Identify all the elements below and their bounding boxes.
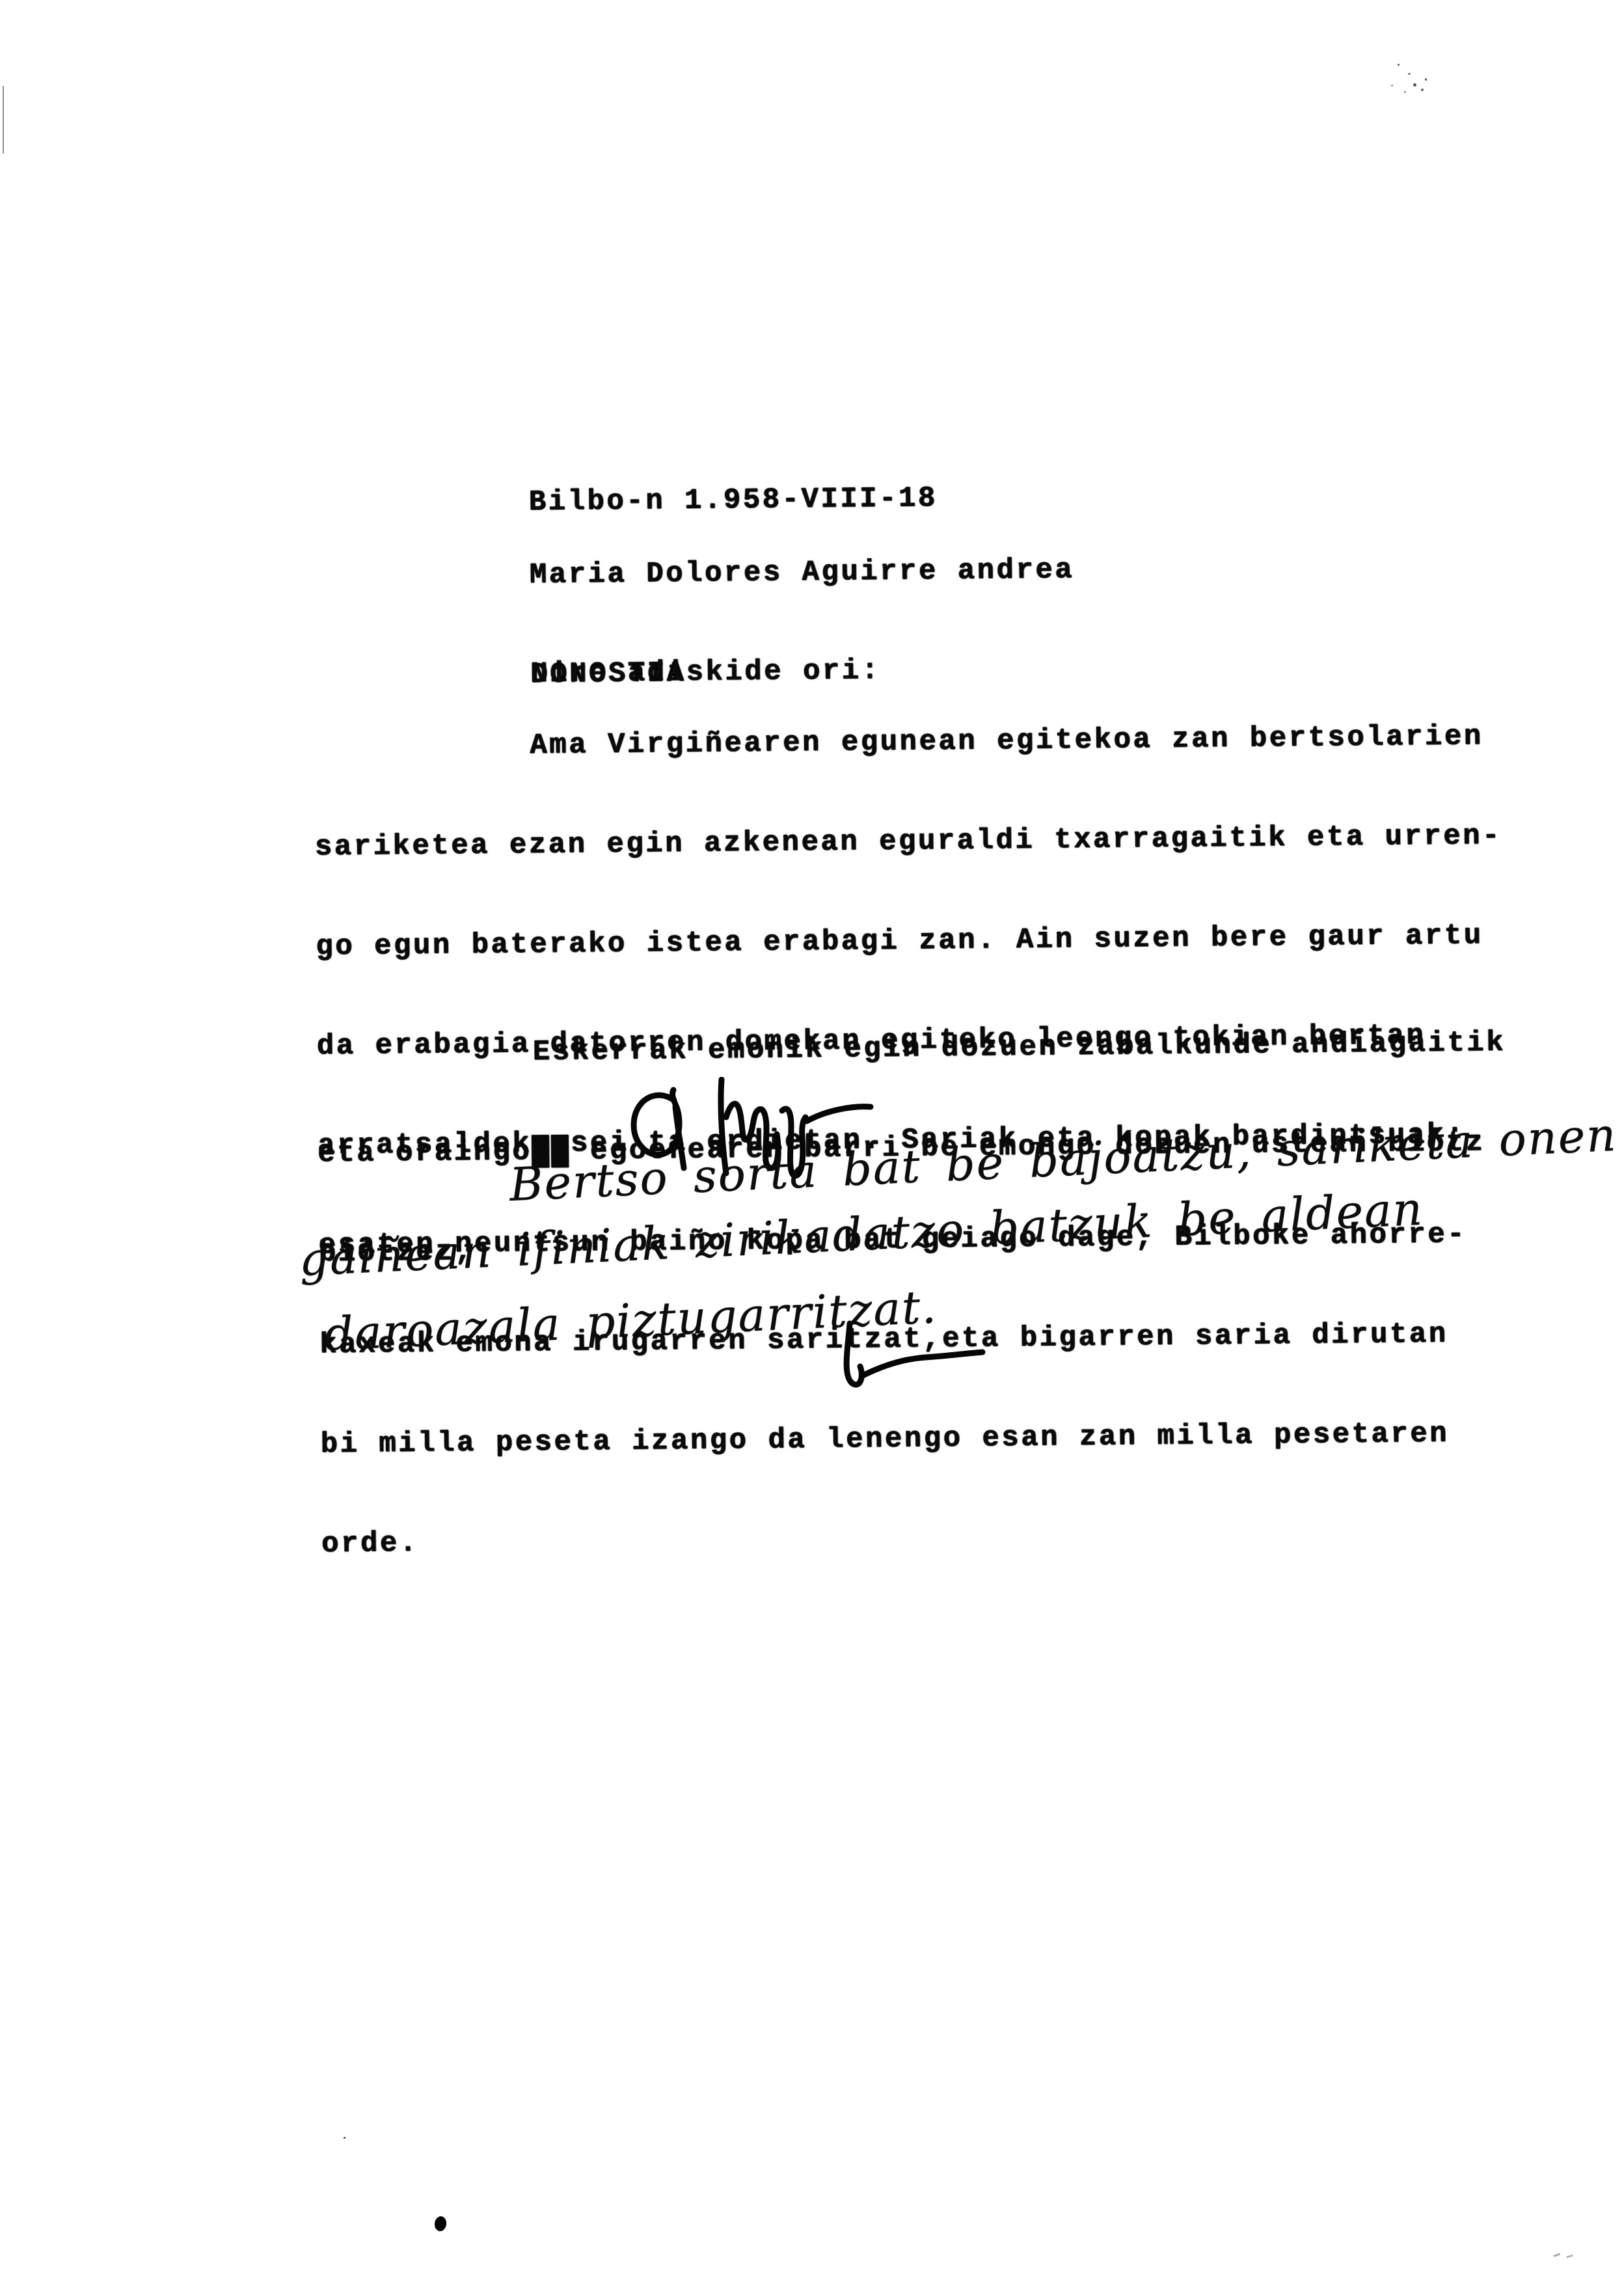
scan-speckle [1398,64,1400,66]
letter-page: Bilbo-n 1.958-VIII-18 Maria Dolores Agui… [0,0,1624,2282]
recipient-name: Maria Dolores Aguirre andrea [530,554,1075,592]
scan-speckle [1408,73,1411,75]
scan-speckle [1391,85,1393,87]
typed-line: orde. [321,1517,1509,1562]
typed-line: bi milla peseta izango da lenengo esan z… [320,1417,1508,1462]
typed-line: Ama Virgiñearen egunean egitekoa zan ber… [314,720,1501,765]
typed-line: sariketea ezan egin azkenean eguraldi tx… [315,820,1502,865]
scan-speckle [1413,83,1416,87]
scan-speckle [1425,78,1427,81]
scan-speckle [1421,88,1424,91]
scan-speckle [344,2137,345,2139]
signature-flourish [826,1320,995,1404]
scan-speckle [1404,91,1406,93]
typed-line: Eskerrak emonik egin dozuen zabalkunde a… [317,1027,1506,1072]
typed-line: go egun baterako istea erabagi zan. Ain … [316,919,1503,964]
scan-edge-artifact [3,86,4,154]
